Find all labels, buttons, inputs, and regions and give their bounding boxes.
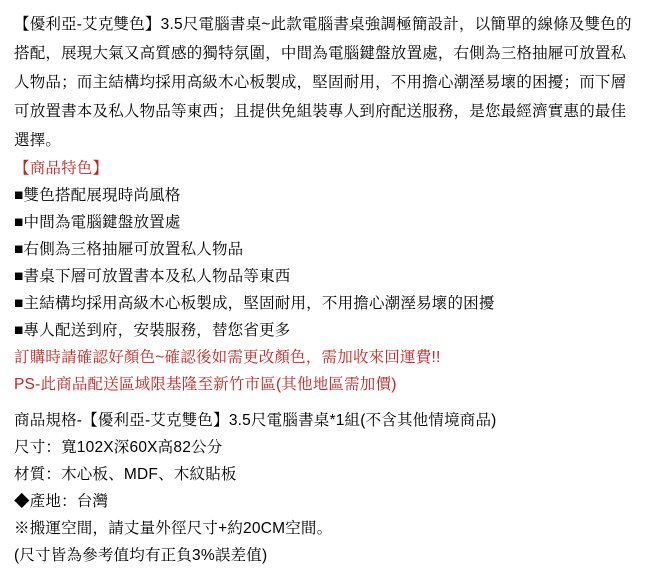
features-section: 【商品特色】 ■雙色搭配展現時尚風格 ■中間為電腦鍵盤放置處 ■右側為三格抽屜可… [14,155,636,344]
spec-material: 材質：木心板、MDF、木紋貼板 [14,461,636,488]
notice-color-confirm: 訂購時請確認好顏色~確認後如需更改顏色，需加收來回運費!! [14,344,636,371]
notices-section: 訂購時請確認好顏色~確認後如需更改顏色，需加收來回運費!! PS-此商品配送區域… [14,344,636,398]
spec-size: 尺寸：寬102X深60X高82公分 [14,434,636,461]
feature-item: ■專人配送到府，安裝服務，替您省更多 [14,317,636,344]
spec-moving-space: ※搬運空間，請丈量外徑尺寸+約20CM空間。 [14,515,636,542]
product-description-page: 【優利亞-艾克雙色】3.5尺電腦書桌~此款電腦書桌強調極簡設計，以簡單的線條及雙… [0,0,650,569]
intro-paragraph: 【優利亞-艾克雙色】3.5尺電腦書桌~此款電腦書桌強調極簡設計，以簡單的線條及雙… [14,10,636,155]
feature-item: ■書桌下層可放置書本及私人物品等東西 [14,263,636,290]
spec-origin: ◆產地：台灣 [14,488,636,515]
feature-item: ■右側為三格抽屜可放置私人物品 [14,236,636,263]
intro-line: 搭配，展現大氣又高質感的獨特氛圍，中間為電腦鍵盤放置處，右側為三格抽屜可放置私 [14,39,636,68]
features-heading: 【商品特色】 [14,155,636,182]
intro-line: 選擇。 [14,126,636,155]
feature-item: ■主結構均採用高級木心板製成，堅固耐用，不用擔心潮溼易壞的困擾 [14,290,636,317]
feature-item: ■雙色搭配展現時尚風格 [14,182,636,209]
spec-tolerance: (尺寸皆為參考值均有正負3%誤差值) [14,542,636,569]
intro-line: 【優利亞-艾克雙色】3.5尺電腦書桌~此款電腦書桌強調極簡設計，以簡單的線條及雙… [14,10,636,39]
specs-section: 商品規格-【優利亞-艾克雙色】3.5尺電腦書桌*1組(不含其他情境商品) 尺寸：… [14,407,636,569]
intro-line: 人物品；而主結構均採用高級木心板製成，堅固耐用，不用擔心潮溼易壞的困擾；而下層 [14,68,636,97]
intro-line: 可放置書本及私人物品等東西；且提供免組裝專人到府配送服務，是您最經濟實惠的最佳 [14,97,636,126]
spec-title: 商品規格-【優利亞-艾克雙色】3.5尺電腦書桌*1組(不含其他情境商品) [14,407,636,434]
notice-delivery-area: PS-此商品配送區域限基隆至新竹市區(其他地區需加價) [14,371,636,398]
feature-item: ■中間為電腦鍵盤放置處 [14,209,636,236]
